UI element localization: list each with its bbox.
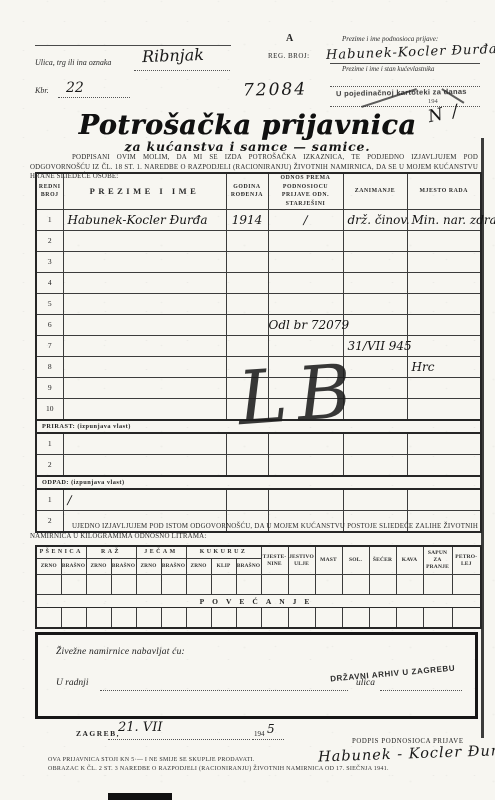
table-cell <box>407 489 481 511</box>
supplies-sub-header: BRAŠNO <box>161 559 186 575</box>
supplies-value-cell <box>315 575 342 595</box>
table-cell <box>63 398 226 420</box>
supplies-table-head: PŠENICARAŽJEČAMKUKURUZTJESTE- NINEJESTIV… <box>36 546 481 575</box>
supplies-value-cell <box>423 575 452 595</box>
supplies-value-cell <box>236 608 261 629</box>
supplies-group-header: RAŽ <box>86 546 136 559</box>
table-cell <box>268 293 343 314</box>
table-cell <box>407 251 481 272</box>
persons-column-header: REDNI BROJ <box>36 173 63 209</box>
supplies-value-cell <box>211 575 236 595</box>
table-cell <box>226 335 268 356</box>
table-cell <box>63 251 226 272</box>
table-cell <box>343 272 407 293</box>
street-label: Ulica, trg ili ina oznaka <box>35 58 111 67</box>
supplies-value-cell <box>161 608 186 629</box>
supplies-value-cell <box>236 575 261 595</box>
supplies-sub-header: ZRNO <box>86 559 111 575</box>
supplies-sub-header: BRAŠNO <box>111 559 136 575</box>
supplies-value-cell <box>369 608 396 629</box>
table-cell <box>268 230 343 251</box>
table-cell <box>407 272 481 293</box>
table-cell <box>268 454 343 476</box>
table-row: 2 <box>36 230 481 251</box>
table-cell <box>407 293 481 314</box>
table-cell <box>343 293 407 314</box>
shop-box: Živežne namirnice nabavljat ću: U radnji… <box>35 632 478 719</box>
supplies-value-cell <box>136 608 161 629</box>
applicant-signature-handwriting: Habunek-Kocler Đurđa <box>326 42 495 63</box>
row-number-cell: 2 <box>36 230 63 251</box>
footer-signature-handwriting: Habunek - Kocler Đurđa <box>318 743 495 766</box>
archive-stamp: DRŽAVNI ARHIV U ZAGREBU <box>330 664 456 684</box>
supplies-value-cell <box>396 575 423 595</box>
table-row: 731/VII 945 <box>36 335 481 356</box>
kbr-underline <box>58 97 130 98</box>
table-cell <box>63 356 226 377</box>
supplies-column-header: PETRO- LEJ <box>452 546 481 575</box>
table-cell <box>343 230 407 251</box>
signature-label: PODPIS PODNOSIOCA PRIJAVE <box>352 738 464 745</box>
table-cell <box>226 293 268 314</box>
year-underline <box>252 739 284 740</box>
reg-broj-label: REG. BROJ: <box>268 52 310 60</box>
supplies-column-header: TJESTE- NINE <box>261 546 288 575</box>
supplies-column-header: ŠEĆER <box>369 546 396 575</box>
table-cell: Odl br 72079 <box>268 314 343 335</box>
supplies-value-cell <box>342 608 369 629</box>
supplies-value-cell <box>86 608 111 629</box>
table-row: 4 <box>36 272 481 293</box>
table-row: 6Odl br 72079 <box>36 314 481 335</box>
landlord-label: Prezime i ime i stan kućevlastnika <box>342 66 434 73</box>
supplies-table-body: POVEĆANJE <box>36 575 481 629</box>
row-number-cell: 3 <box>36 251 63 272</box>
supplies-value-row <box>36 608 481 629</box>
table-cell <box>226 251 268 272</box>
date-underline <box>108 739 250 740</box>
supplies-sub-header: ZRNO <box>136 559 161 575</box>
applicant-underline <box>330 63 480 64</box>
supplies-value-cell <box>61 608 86 629</box>
table-row: 1∕ <box>36 489 481 511</box>
table-cell <box>63 335 226 356</box>
supplies-value-cell <box>261 608 288 629</box>
kbr-value-handwriting: 22 <box>66 80 84 96</box>
document-page: Ulica, trg ili ina oznaka Ribnjak Kbr. 2… <box>0 0 495 800</box>
table-cell: Habunek-Kocler Đurđa <box>63 209 226 230</box>
persons-table-head: REDNI BROJPREZIME I IMEGODINA ROĐENJAODN… <box>36 173 481 209</box>
table-cell <box>226 489 268 511</box>
kbr-label: Kbr. <box>35 86 49 95</box>
fine-print-line-2: OBRAZAC K ČL. 2 ST. 3 NAREDBE O RAZPODJE… <box>48 766 389 772</box>
year-printed: 194 <box>254 730 265 738</box>
supplies-column-header: SAPUN ZA PRANJE <box>423 546 452 575</box>
table-cell: ∕ <box>268 209 343 230</box>
row-number-cell: 4 <box>36 272 63 293</box>
table-cell <box>63 230 226 251</box>
supplies-column-header: MAST <box>315 546 342 575</box>
table-cell <box>343 251 407 272</box>
form-subtitle: za kućanstva i samce — samice. <box>0 139 495 154</box>
supplies-column-header: KAVA <box>396 546 423 575</box>
supplies-column-header: JESTIVO ULJE <box>288 546 315 575</box>
table-cell <box>226 230 268 251</box>
shop-box-title: Živežne namirnice nabavljat ću: <box>56 647 185 657</box>
supplies-group-header: JEČAM <box>136 546 186 559</box>
table-cell <box>63 433 226 455</box>
persons-column-header: ODNOS PREMA PODNOSIOCU PRIJAVE ODN. STAR… <box>268 173 343 209</box>
supplies-sub-header: ZRNO <box>186 559 211 575</box>
supplies-value-cell <box>186 608 211 629</box>
table-cell <box>226 314 268 335</box>
table-cell <box>343 314 407 335</box>
overlay-initials-handwriting: LB <box>235 348 364 442</box>
table-cell <box>268 251 343 272</box>
row-number-cell: 9 <box>36 377 63 398</box>
applicant-label: Prezime i ime podnosioca prijave: <box>342 35 438 43</box>
date-handwriting: 21. VII <box>118 720 162 735</box>
row-number-cell: 10 <box>36 398 63 420</box>
supplies-value-cell <box>111 608 136 629</box>
supplies-value-cell <box>288 575 315 595</box>
supplies-sub-header: BRAŠNO <box>61 559 86 575</box>
table-cell: drž. činov. <box>343 209 407 230</box>
table-row: 2 <box>36 454 481 476</box>
row-number-cell: 7 <box>36 335 63 356</box>
table-cell <box>407 335 481 356</box>
supplies-value-cell <box>452 575 481 595</box>
row-number-cell: 2 <box>36 454 63 476</box>
table-cell <box>226 272 268 293</box>
reg-number-handwriting: 72084 <box>243 79 307 100</box>
supplies-value-cell <box>86 575 111 595</box>
table-cell: Hrc <box>407 356 481 377</box>
form-title: Potrošačka prijavnica <box>0 110 495 141</box>
persons-column-header: MJESTO RADA <box>407 173 481 209</box>
table-row: 3 <box>36 251 481 272</box>
supplies-value-cell <box>342 575 369 595</box>
table-cell <box>407 230 481 251</box>
table-cell <box>407 454 481 476</box>
supplies-value-cell <box>111 575 136 595</box>
supplies-value-cell <box>136 575 161 595</box>
table-cell <box>343 454 407 476</box>
supplies-value-cell <box>61 575 86 595</box>
ulica-underline <box>380 690 462 691</box>
supplies-group-header: KUKURUZ <box>186 546 261 559</box>
persons-header-row: REDNI BROJPREZIME I IMEGODINA ROĐENJAODN… <box>36 173 481 209</box>
table-cell: 1914 <box>226 209 268 230</box>
year-handwriting: 5 <box>267 722 275 736</box>
supplies-sub-header: KLIP <box>211 559 236 575</box>
supplies-group-header-row: PŠENICARAŽJEČAMKUKURUZTJESTE- NINEJESTIV… <box>36 546 481 559</box>
scan-smudge <box>108 793 172 800</box>
table-cell <box>407 433 481 455</box>
povecanje-row: POVEĆANJE <box>36 595 481 608</box>
table-cell <box>343 489 407 511</box>
supplies-value-cell <box>211 608 236 629</box>
street-value-handwriting: Ribnjak <box>142 45 205 66</box>
table-cell <box>268 489 343 511</box>
table-cell: Min. nar. zdravlja <box>407 209 481 230</box>
supplies-value-cell <box>36 608 61 629</box>
row-number-cell: 1 <box>36 433 63 455</box>
odpad-section-row: ODPAD: (izpunjava vlast) <box>36 476 481 489</box>
table-row: 5 <box>36 293 481 314</box>
supplies-value-cell <box>161 575 186 595</box>
section-label: ODPAD: (izpunjava vlast) <box>36 476 481 489</box>
table-cell: ∕ <box>63 489 226 511</box>
supplies-group-header: PŠENICA <box>36 546 86 559</box>
registry-stamp-year: 194 <box>428 98 438 105</box>
supplies-value-row <box>36 575 481 595</box>
supplies-value-cell <box>396 608 423 629</box>
povecanje-label: POVEĆANJE <box>36 595 481 608</box>
table-cell <box>63 314 226 335</box>
persons-column-header: ZANIMANJE <box>343 173 407 209</box>
supplies-intro-text: UJEDNO IZJAVLJUJEM POD ISTOM ODGOVORNOŠĆ… <box>30 522 478 541</box>
row-number-cell: 1 <box>36 209 63 230</box>
table-cell <box>226 454 268 476</box>
supplies-column-header: SOL. <box>342 546 369 575</box>
street-underline <box>134 70 230 71</box>
table-cell <box>63 293 226 314</box>
fine-print-line-1: OVA PRIJAVNICA STOJI KN 5·— I NE SMIJE S… <box>48 757 255 763</box>
row-number-cell: 8 <box>36 356 63 377</box>
table-row: 1Habunek-Kocler Đurđa1914∕drž. činov.Min… <box>36 209 481 230</box>
row-number-cell: 5 <box>36 293 63 314</box>
supplies-value-cell <box>186 575 211 595</box>
table-cell <box>407 398 481 420</box>
supplies-value-cell <box>452 608 481 629</box>
table-cell <box>63 454 226 476</box>
persons-column-header: PREZIME I IME <box>63 173 226 209</box>
supplies-value-cell <box>36 575 61 595</box>
table-cell <box>63 272 226 293</box>
persons-column-header: GODINA ROĐENJA <box>226 173 268 209</box>
u-radnji-underline <box>100 690 348 691</box>
city-label: ZAGREB, <box>76 729 120 738</box>
supplies-table: PŠENICARAŽJEČAMKUKURUZTJESTE- NINEJESTIV… <box>35 545 482 629</box>
supplies-value-cell <box>288 608 315 629</box>
section-letter: A <box>286 33 294 44</box>
persons-table: REDNI BROJPREZIME I IMEGODINA ROĐENJAODN… <box>35 172 482 533</box>
table-cell <box>268 272 343 293</box>
supplies-sub-header: ZRNO <box>36 559 61 575</box>
row-number-cell: 6 <box>36 314 63 335</box>
supplies-value-cell <box>261 575 288 595</box>
table-cell <box>407 314 481 335</box>
u-radnji-label: U radnji <box>56 678 88 688</box>
table-cell <box>343 433 407 455</box>
supplies-value-cell <box>369 575 396 595</box>
table-cell <box>63 377 226 398</box>
supplies-value-cell <box>315 608 342 629</box>
supplies-sub-header: BRAŠNO <box>236 559 261 575</box>
supplies-value-cell <box>423 608 452 629</box>
row-number-cell: 1 <box>36 489 63 511</box>
table-cell <box>407 377 481 398</box>
